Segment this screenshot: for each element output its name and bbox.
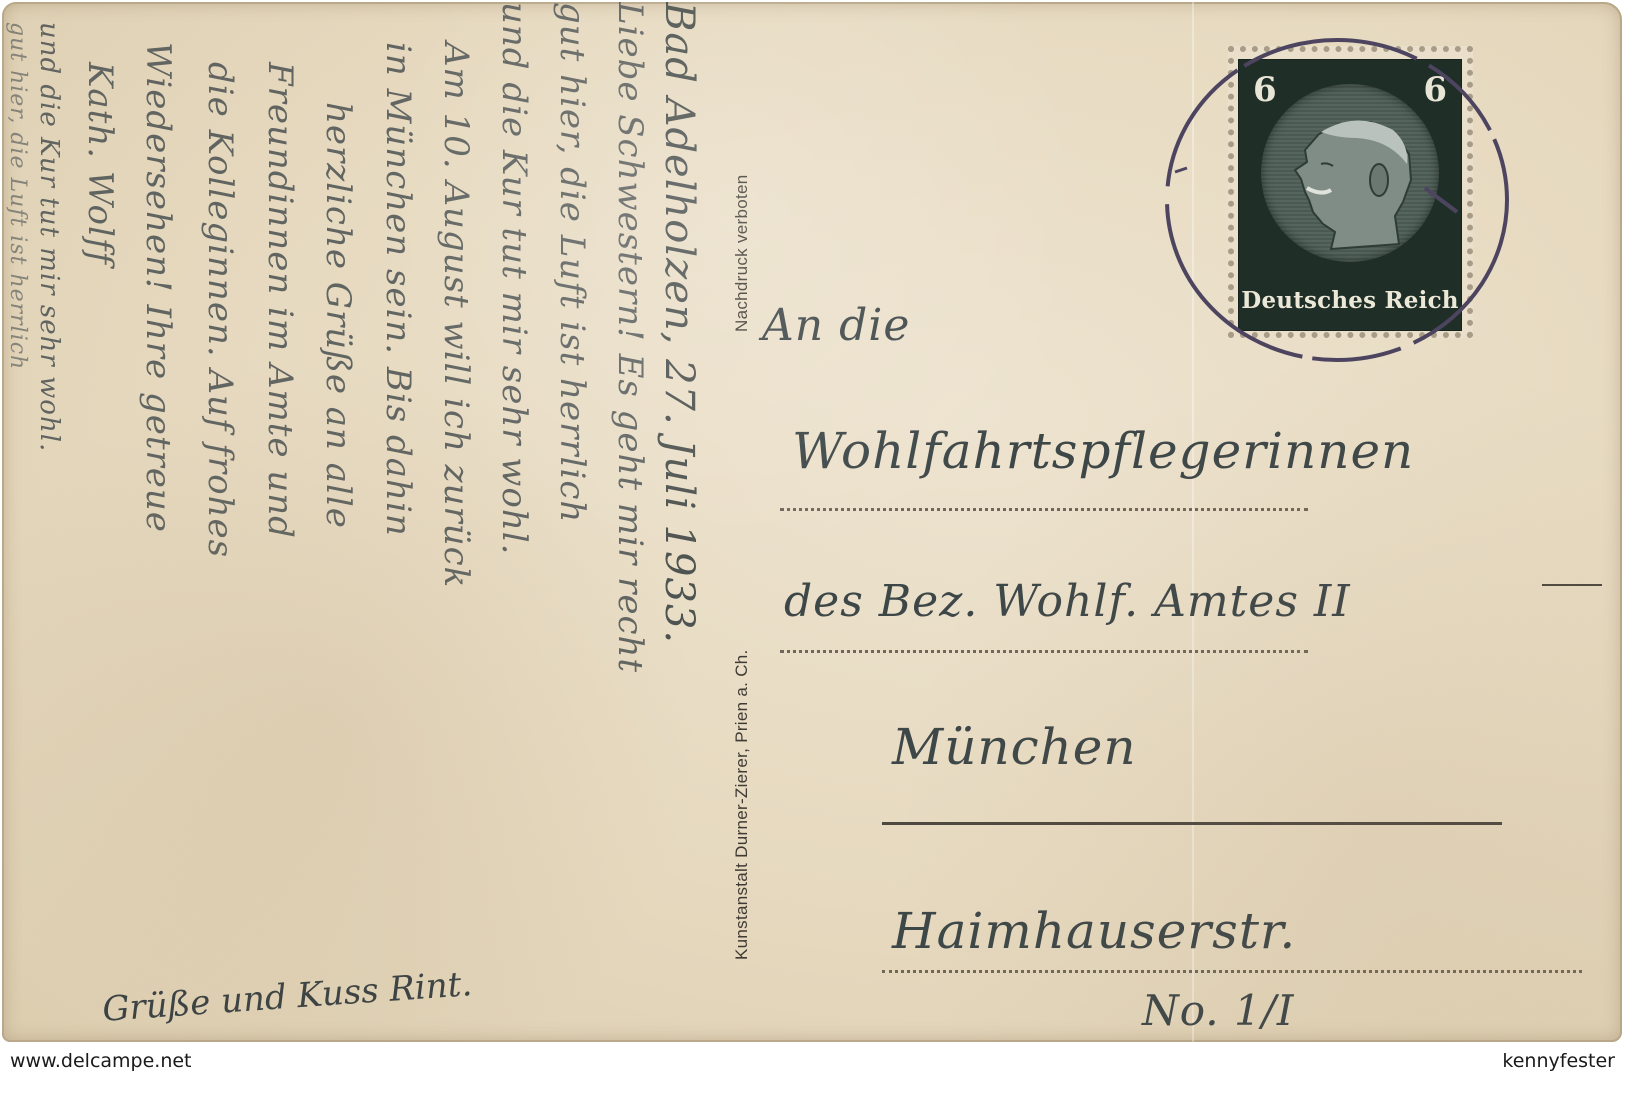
message-line: herzliche Grüße an alle — [318, 102, 358, 529]
message-line: und die Kur tut mir sehr wohl. — [494, 2, 534, 555]
message-line: Kath. Wolff — [80, 62, 120, 265]
address-line-1: An die — [762, 300, 910, 351]
message-line: in München sein. Bis dahin — [378, 42, 418, 537]
publisher-imprint: Kunstanstalt Durner-Zierer, Prien a. Ch. — [732, 649, 752, 960]
message-line: Bad Adelholzen, 27. Juli 1933. — [656, 2, 702, 644]
stamp-medallion — [1261, 84, 1439, 262]
address-dotted-rule — [882, 970, 1582, 973]
underline-mark — [1542, 584, 1602, 586]
address-line-5: Haimhauserstr. — [892, 902, 1296, 960]
message-line: Am 10. August will ich zurück — [436, 42, 476, 588]
address-dotted-rule — [780, 650, 1308, 653]
message-line: die Kolleginnen. Auf frohes — [200, 62, 240, 558]
reprint-notice: Nachdruck verboten — [732, 174, 752, 332]
address-line-6: No. 1/I — [1142, 986, 1294, 1035]
message-line: gut hier, die Luft ist herrlich — [5, 22, 30, 370]
message-line: Liebe Schwestern! Es geht mir recht — [610, 2, 650, 673]
hindenburg-portrait-icon — [1261, 84, 1439, 262]
message-line: Wiedersehen! Ihre getreue — [138, 42, 178, 533]
address-dotted-rule — [780, 508, 1308, 511]
site-watermark: www.delcampe.net — [10, 1050, 192, 1072]
message-line: Freundinnen im Amte und — [260, 62, 300, 539]
message-closing: Grüße und Kuss Rint. — [101, 964, 473, 1030]
address-line-2: Wohlfahrtspflegerinnen — [792, 422, 1414, 480]
message-line: gut hier, die Luft ist herrlich — [552, 2, 592, 523]
stamp-country: Deutsches Reich — [1239, 287, 1461, 314]
handwritten-message: Bad Adelholzen, 27. Juli 1933. Liebe Sch… — [2, 2, 702, 1042]
address-line-4: München — [892, 718, 1137, 776]
seller-watermark: kennyfester — [1502, 1050, 1615, 1072]
fold-crease — [1192, 2, 1194, 1042]
message-line: und die Kur tut mir sehr wohl. — [34, 22, 64, 452]
address-line-3: des Bez. Wohlf. Amtes II — [784, 576, 1351, 627]
address-solid-rule — [882, 822, 1502, 825]
postcard: Bad Adelholzen, 27. Juli 1933. Liebe Sch… — [2, 2, 1622, 1042]
postage-stamp: 6 6 Deutsches Reich — [1239, 60, 1461, 330]
